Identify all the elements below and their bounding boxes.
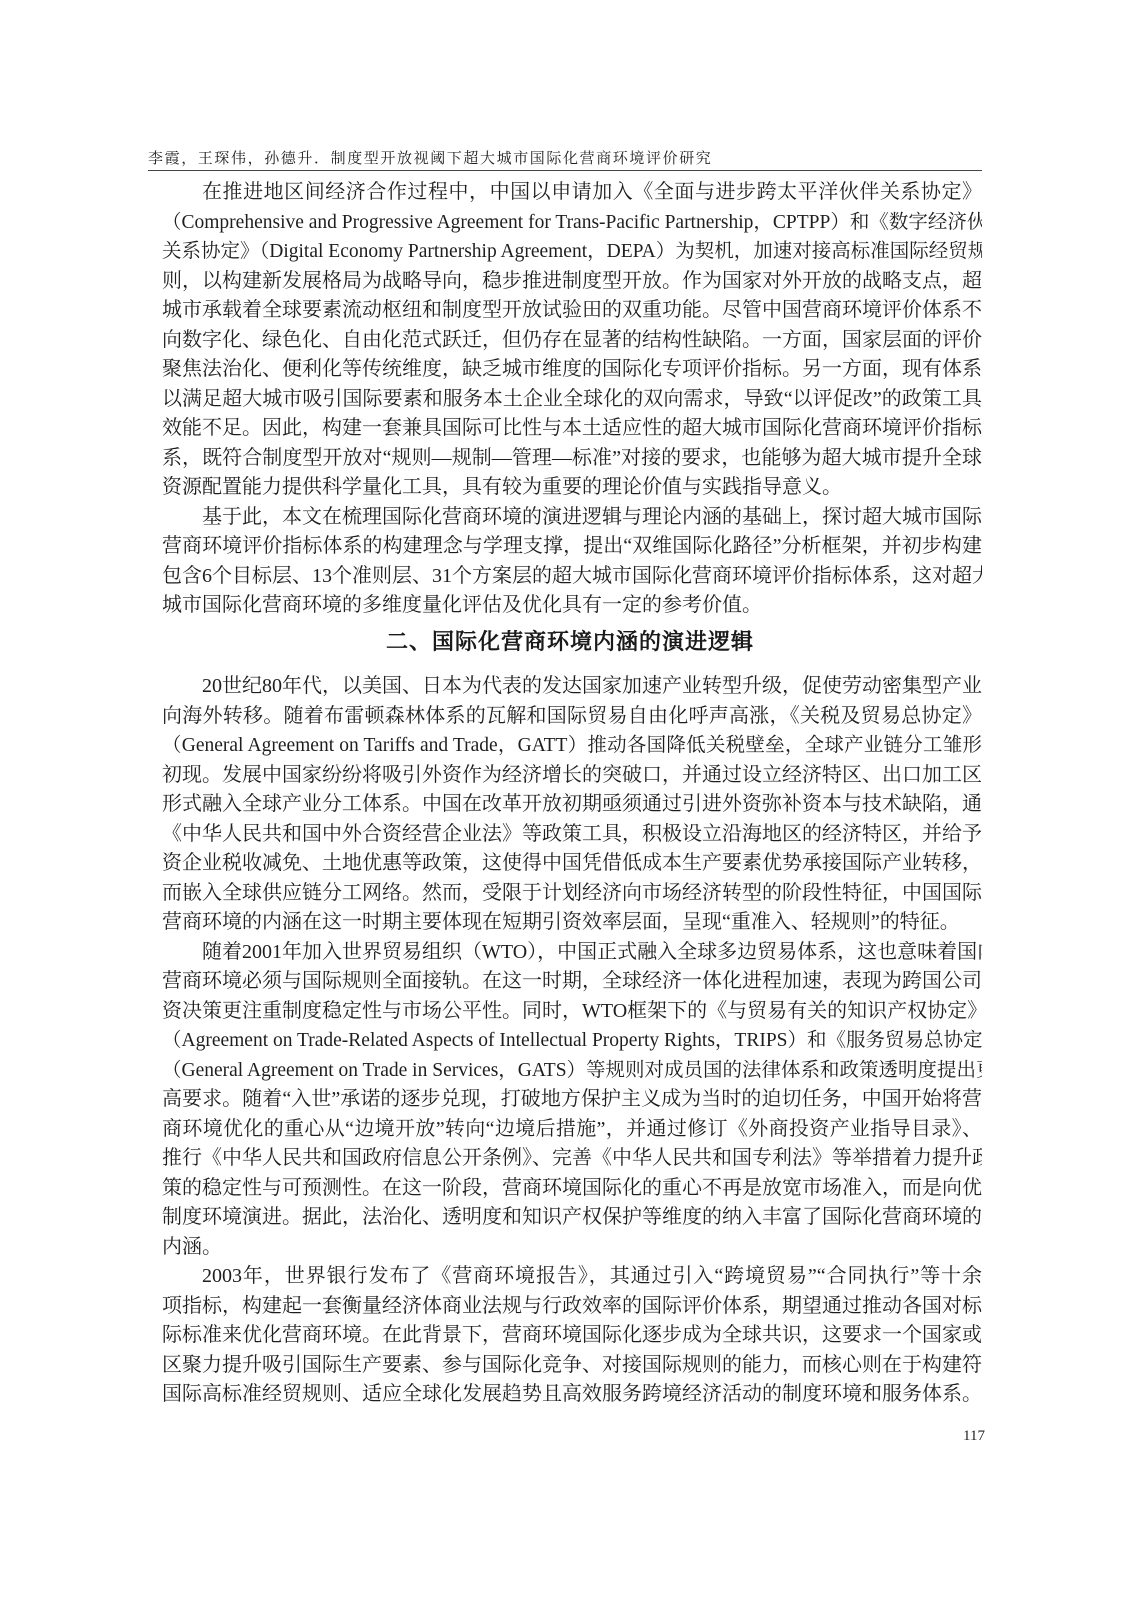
text-line: 在推进地区间经济合作过程中，中国以申请加入《全面与进步跨太平洋伙伴关系协定》	[162, 178, 982, 208]
text-line: 区聚力提升吸引国际生产要素、参与国际化竞争、对接国际规则的能力，而核心则在于构建…	[162, 1351, 982, 1381]
text-line: 则，以构建新发展格局为战略导向，稳步推进制度型开放。作为国家对外开放的战略支点，…	[162, 267, 982, 297]
text-line: 包含6个目标层、13个准则层、31个方案层的超大城市国际化营商环境评价指标体系，…	[162, 562, 982, 592]
text-line: 城市国际化营商环境的多维度量化评估及优化具有一定的参考价值。	[162, 591, 982, 621]
text-line: 资源配置能力提供科学量化工具，具有较为重要的理论价值与实践指导意义。	[162, 473, 982, 503]
text-line: 资企业税收减免、土地优惠等政策，这使得中国凭借低成本生产要素优势承接国际产业转移…	[162, 849, 982, 879]
text-line: 随着2001年加入世界贸易组织（WTO），中国正式融入全球多边贸易体系，这也意味…	[162, 938, 982, 968]
text-line: （General Agreement on Tariffs and Trade，…	[162, 731, 982, 761]
text-line: 资决策更注重制度稳定性与市场公平性。同时，WTO框架下的《与贸易有关的知识产权协…	[162, 997, 982, 1027]
intro-text: 在推进地区间经济合作过程中，中国以申请加入《全面与进步跨太平洋伙伴关系协定》 （…	[162, 178, 982, 621]
text-line: 营商环境评价指标体系的构建理念与学理支撑，提出“双维国际化路径”分析框架，并初步…	[162, 532, 982, 562]
text-line: 项指标，构建起一套衡量经济体商业法规与行政效率的国际评价体系，期望通过推动各国对…	[162, 1292, 982, 1322]
text-line: （Comprehensive and Progressive Agreement…	[162, 208, 982, 238]
text-line: 关系协定》（Digital Economy Partnership Agreem…	[162, 237, 982, 267]
section-heading: 二、国际化营商环境内涵的演进逻辑	[0, 628, 1140, 658]
text-line: 高要求。随着“入世”承诺的逐步兑现，打破地方保护主义成为当时的迫切任务，中国开始…	[162, 1085, 982, 1115]
text-line: 而嵌入全球供应链分工网络。然而，受限于计划经济向市场经济转型的阶段性特征，中国国…	[162, 879, 982, 909]
page-number: 117	[955, 1428, 985, 1445]
text-line: 城市承载着全球要素流动枢纽和制度型开放试验田的双重功能。尽管中国营商环境评价体系…	[162, 296, 982, 326]
section-text: 20世纪80年代，以美国、日本为代表的发达国家加速产业转型升级，促使劳动密集型产…	[162, 672, 982, 1410]
header-rule	[148, 170, 982, 171]
text-line: 向海外转移。随着布雷顿森林体系的瓦解和国际贸易自由化呼声高涨，《关税及贸易总协定…	[162, 702, 982, 732]
text-line: 内涵。	[162, 1233, 982, 1263]
text-line: 商环境优化的重心从“边境开放”转向“边境后措施”，并通过修订《外商投资产业指导目…	[162, 1115, 982, 1145]
journal-page: 李霞，王琛伟，孙德升．制度型开放视阈下超大城市国际化营商环境评价研究 在推进地区…	[0, 0, 1140, 1600]
text-line: 以满足超大城市吸引国际要素和服务本土企业全球化的双向需求，导致“以评促改”的政策…	[162, 385, 982, 415]
text-line: （General Agreement on Trade in Services，…	[162, 1056, 982, 1086]
text-line: 系，既符合制度型开放对“规则—规制—管理—标准”对接的要求，也能够为超大城市提升…	[162, 444, 982, 474]
text-line: 向数字化、绿色化、自由化范式跃迁，但仍存在显著的结构性缺陷。一方面，国家层面的评…	[162, 326, 982, 356]
text-line: 制度环境演进。据此，法治化、透明度和知识产权保护等维度的纳入丰富了国际化营商环境…	[162, 1203, 982, 1233]
text-line: 营商环境必须与国际规则全面接轨。在这一时期，全球经济一体化进程加速，表现为跨国公…	[162, 967, 982, 997]
text-line: 推行《中华人民共和国政府信息公开条例》、完善《中华人民共和国专利法》等举措着力提…	[162, 1144, 982, 1174]
text-line: 国际高标准经贸规则、适应全球化发展趋势且高效服务跨境经济活动的制度环境和服务体系…	[162, 1380, 982, 1410]
text-line: 形式融入全球产业分工体系。中国在改革开放初期亟须通过引进外资弥补资本与技术缺陷，…	[162, 790, 982, 820]
text-line: 《中华人民共和国中外合资经营企业法》等政策工具，积极设立沿海地区的经济特区，并给…	[162, 820, 982, 850]
text-line: 际标准来优化营商环境。在此背景下，营商环境国际化逐步成为全球共识，这要求一个国家…	[162, 1321, 982, 1351]
text-line: 20世纪80年代，以美国、日本为代表的发达国家加速产业转型升级，促使劳动密集型产…	[162, 672, 982, 702]
text-line: 营商环境的内涵在这一时期主要体现在短期引资效率层面，呈现“重准入、轻规则”的特征…	[162, 908, 982, 938]
text-line: （Agreement on Trade-Related Aspects of I…	[162, 1026, 982, 1056]
text-line: 聚焦法治化、便利化等传统维度，缺乏城市维度的国际化专项评价指标。另一方面，现有体…	[162, 355, 982, 385]
text-line: 策的稳定性与可预测性。在这一阶段，营商环境国际化的重心不再是放宽市场准入，而是向…	[162, 1174, 982, 1204]
text-line: 初现。发展中国家纷纷将吸引外资作为经济增长的突破口，并通过设立经济特区、出口加工…	[162, 761, 982, 791]
running-head: 李霞，王琛伟，孙德升．制度型开放视阈下超大城市国际化营商环境评价研究	[148, 148, 982, 168]
text-line: 2003年，世界银行发布了《营商环境报告》，其通过引入“跨境贸易”“合同执行”等…	[162, 1262, 982, 1292]
text-line: 基于此，本文在梳理国际化营商环境的演进逻辑与理论内涵的基础上，探讨超大城市国际化	[162, 503, 982, 533]
text-line: 效能不足。因此，构建一套兼具国际可比性与本土适应性的超大城市国际化营商环境评价指…	[162, 414, 982, 444]
